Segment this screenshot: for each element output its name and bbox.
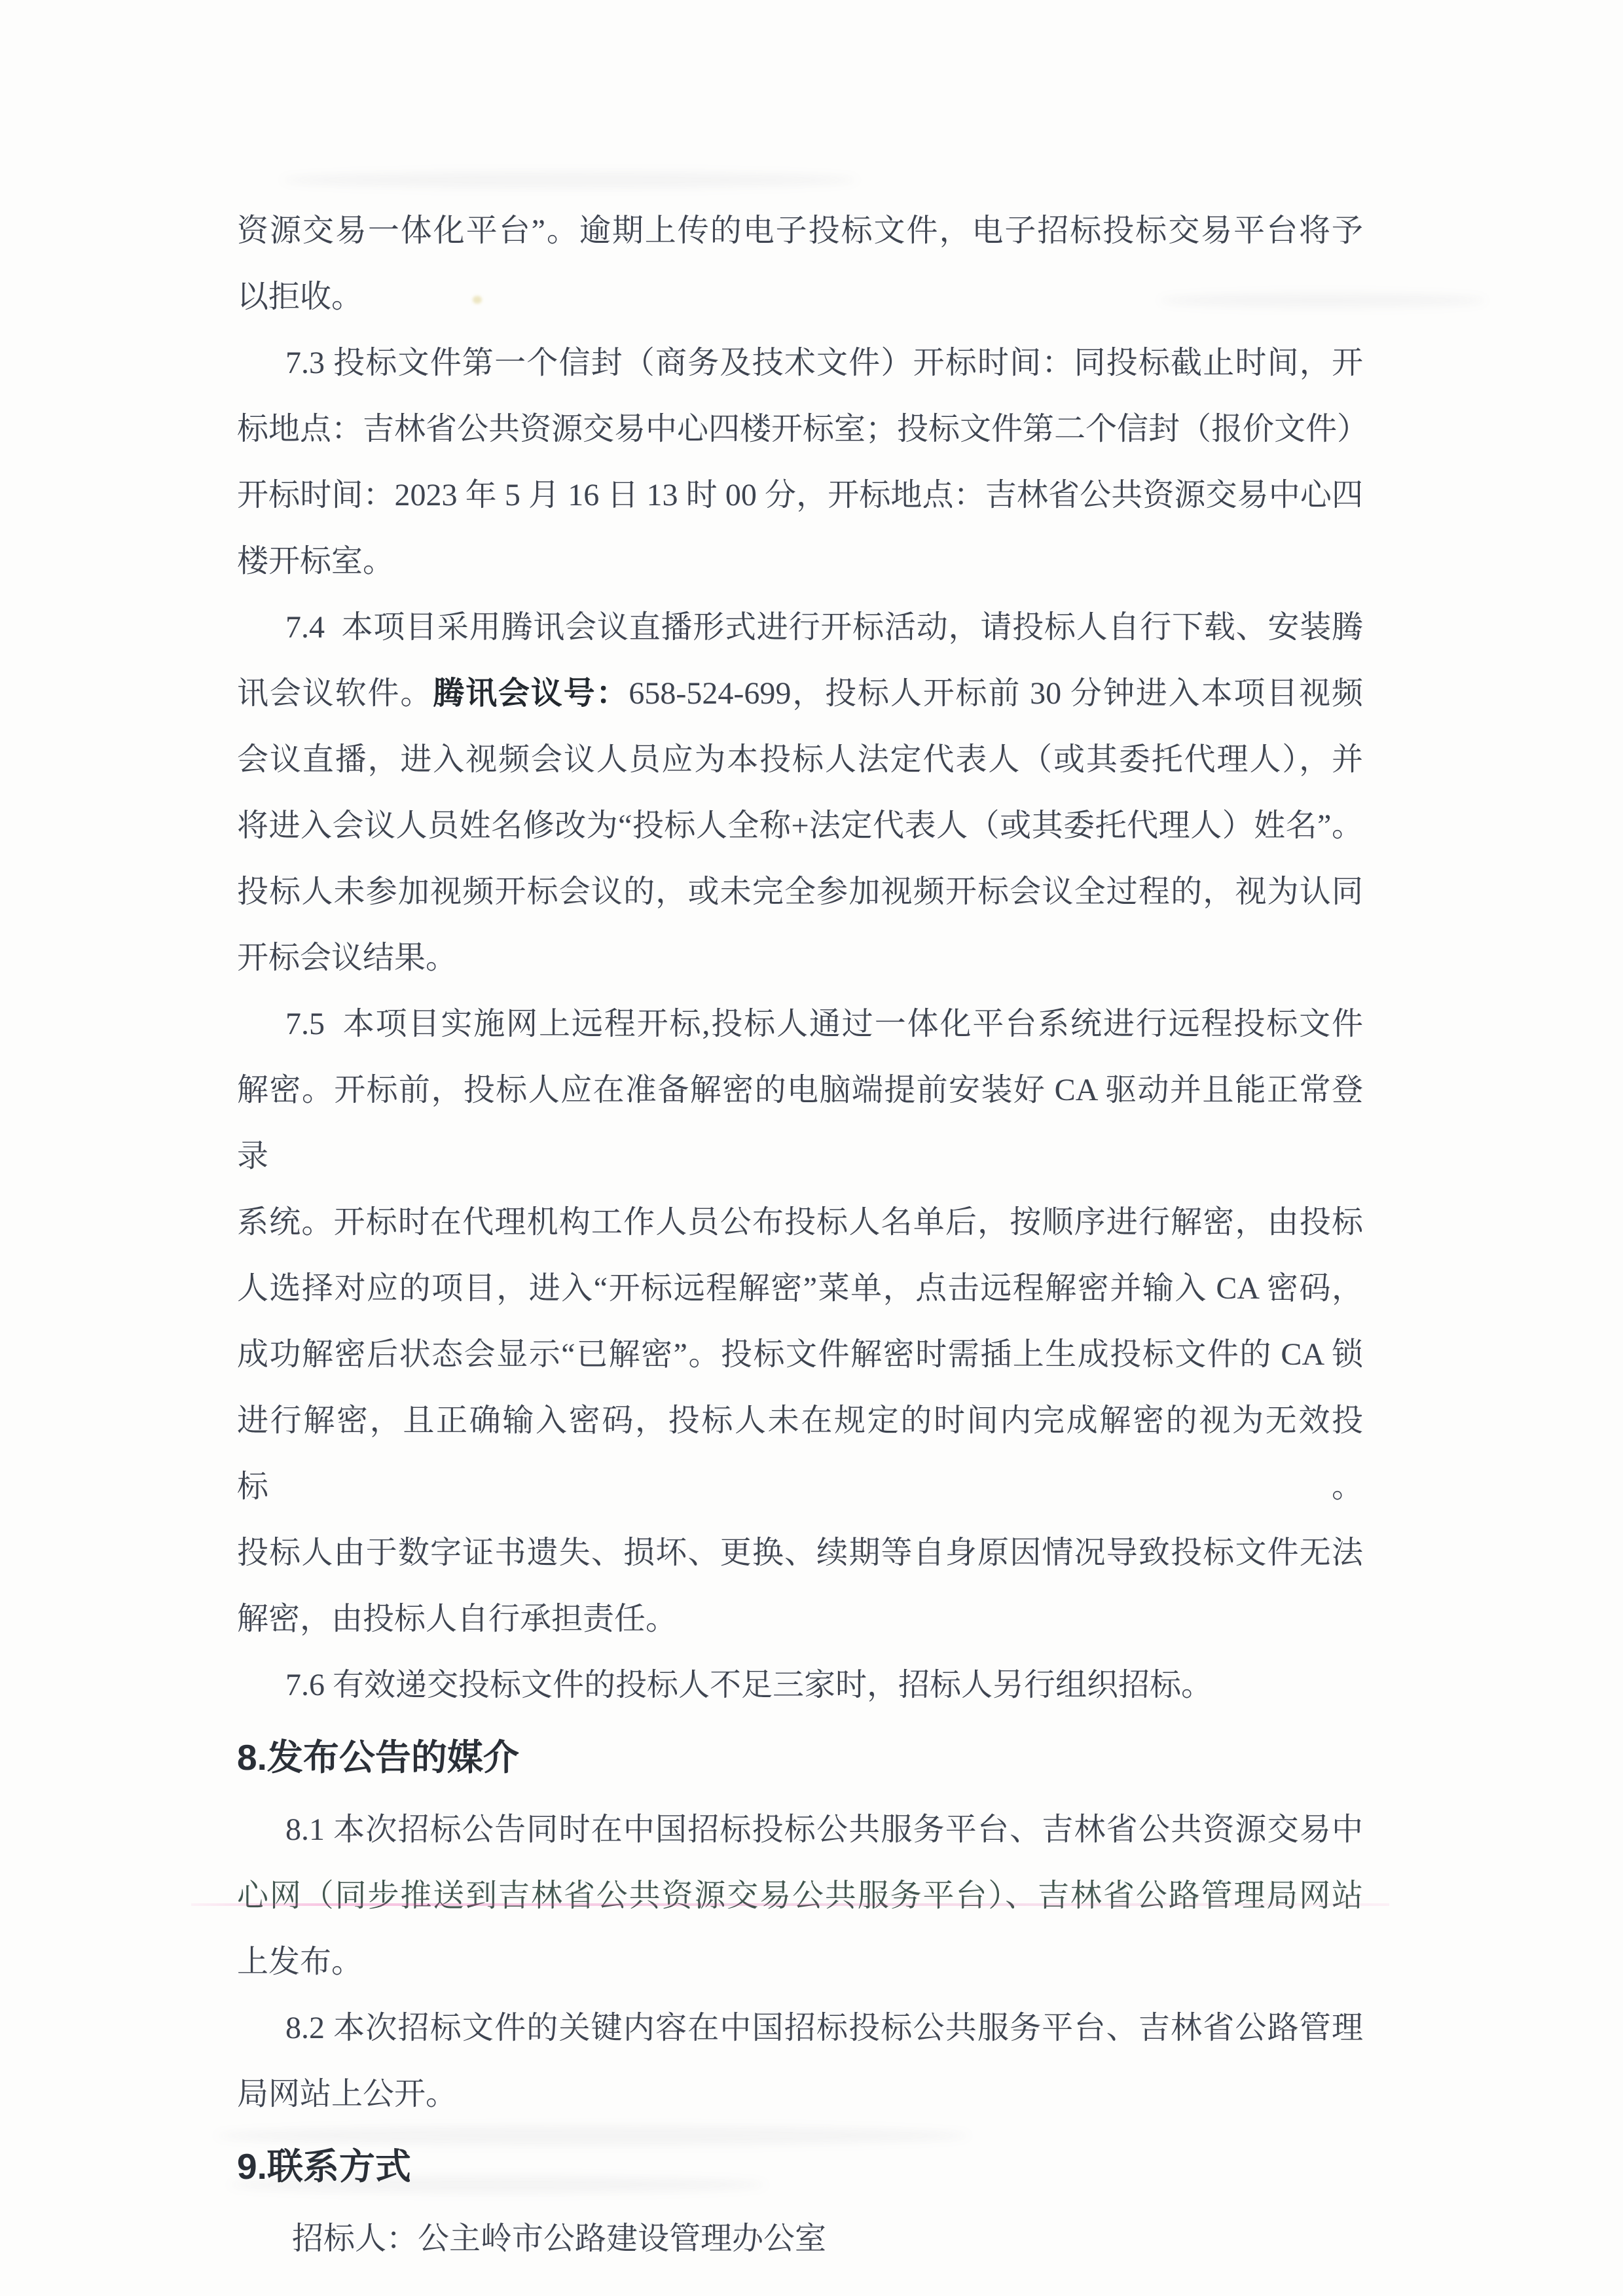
paragraph-8-1: 8.1 本次招标公告同时在中国招标投标公共服务平台、吉林省公共资源交易中心网（同… (237, 1797, 1363, 1995)
scan-smudge-top (282, 171, 858, 188)
text-line: 开标会议结果。 (237, 925, 1363, 991)
text-line: 8.1 本次招标公告同时在中国招标投标公共服务平台、吉林省公共资源交易中 (237, 1797, 1363, 1863)
heading-9: 9.联系方式 (237, 2127, 1363, 2206)
heading-8: 8.发布公告的媒介 (237, 1718, 1363, 1797)
paragraph-continuation: 资源交易一体化平台”。逾期上传的电子投标文件，电子招标投标交易平台将予以拒收。 (237, 198, 1363, 330)
text-line: 8.2 本次招标文件的关键内容在中国招标投标公共服务平台、吉林省公路管理 (237, 1995, 1363, 2061)
text-line: 7.6 有效递交投标文件的投标人不足三家时，招标人另行组织招标。 (237, 1652, 1363, 1718)
text-line: 7.5 本项目实施网上远程开标,投标人通过一体化平台系统进行远程投标文件 (237, 991, 1363, 1057)
paragraph-8-2: 8.2 本次招标文件的关键内容在中国招标投标公共服务平台、吉林省公路管理局网站上… (237, 1995, 1363, 2127)
text-line: 心网（同步推送到吉林省公共资源交易公共服务平台）、吉林省公路管理局网站 (237, 1863, 1363, 1929)
heading-line: 9.联系方式 (237, 2127, 1363, 2206)
text-line: 局网站上公开。 (237, 2061, 1363, 2127)
text-line: 楼开标室。 (237, 528, 1363, 594)
text-run: 心网（同步推送到吉林省公共资源交易公共服务平台）、吉林省公路管理局网站 (237, 1878, 1363, 1913)
text-line: 7.3 投标文件第一个信封（商务及技术文件）开标时间：同投标截止时间，开 (237, 330, 1363, 396)
text-line: 会议直播，进入视频会议人员应为本投标人法定代表人（或其委托代理人），并 (237, 726, 1363, 793)
text-line: 投标人由于数字证书遗失、损坏、更换、续期等自身原因情况导致投标文件无法 (237, 1520, 1363, 1586)
text-line: 解密。开标前，投标人应在准备解密的电脑端提前安装好 CA 驱动并且能正常登录 (237, 1057, 1363, 1189)
paragraph-7-5: 7.5 本项目实施网上远程开标,投标人通过一体化平台系统进行远程投标文件解密。开… (237, 991, 1363, 1652)
text-line: 系统。开标时在代理机构工作人员公布投标人名单后，按顺序进行解密，由投标 (237, 1189, 1363, 1255)
text-line: 人选择对应的项目，进入“开标远程解密”菜单，点击远程解密并输入 CA 密码， (237, 1255, 1363, 1321)
scanned-document-page: 资源交易一体化平台”。逾期上传的电子投标文件，电子招标投标交易平台将予以拒收。7… (0, 0, 1623, 2296)
text-line: 7.4 本项目采用腾讯会议直播形式进行开标活动，请投标人自行下载、安装腾 (237, 594, 1363, 660)
text-line: 投标人未参加视频开标会议的，或未完全参加视频开标会议全过程的，视为认同 (237, 859, 1363, 925)
text-line: 开标时间：2023 年 5 月 16 日 13 时 00 分，开标地点：吉林省公… (237, 462, 1363, 528)
heading-line: 8.发布公告的媒介 (237, 1718, 1363, 1797)
text-run: 讯会议软件。 (237, 676, 433, 711)
paragraph-contact: 招标人：公主岭市公路建设管理办公室 (237, 2206, 1363, 2272)
paragraph-7-4: 7.4 本项目采用腾讯会议直播形式进行开标活动，请投标人自行下载、安装腾讯会议软… (237, 594, 1363, 991)
bold-run: 腾讯会议号： (433, 676, 629, 711)
text-line: 进行解密，且正确输入密码，投标人未在规定的时间内完成解密的视为无效投标。 (237, 1388, 1363, 1520)
text-line: 将进入会议人员姓名修改为“投标人全称+法定代表人（或其委托代理人）姓名”。 (237, 793, 1363, 859)
text-line: 讯会议软件。腾讯会议号：658-524-699，投标人开标前 30 分钟进入本项… (237, 660, 1363, 726)
text-line: 招标人：公主岭市公路建设管理办公室 (237, 2206, 1363, 2272)
text-line: 资源交易一体化平台”。逾期上传的电子投标文件，电子招标投标交易平台将予 (237, 198, 1363, 264)
paragraph-7-3: 7.3 投标文件第一个信封（商务及技术文件）开标时间：同投标截止时间，开标地点：… (237, 330, 1363, 594)
document-text-block: 资源交易一体化平台”。逾期上传的电子投标文件，电子招标投标交易平台将予以拒收。7… (237, 198, 1363, 2272)
text-line: 标地点：吉林省公共资源交易中心四楼开标室；投标文件第二个信封（报价文件） (237, 396, 1363, 462)
text-run: 658-524-699，投标人开标前 30 分钟进入本项目视频 (629, 676, 1363, 711)
text-line: 解密，由投标人自行承担责任。 (237, 1586, 1363, 1652)
text-line: 成功解密后状态会显示“已解密”。投标文件解密时需插上生成投标文件的 CA 锁 (237, 1321, 1363, 1388)
text-line: 以拒收。 (237, 264, 1363, 330)
paragraph-7-6: 7.6 有效递交投标文件的投标人不足三家时，招标人另行组织招标。 (237, 1652, 1363, 1718)
text-line: 上发布。 (237, 1929, 1363, 1995)
